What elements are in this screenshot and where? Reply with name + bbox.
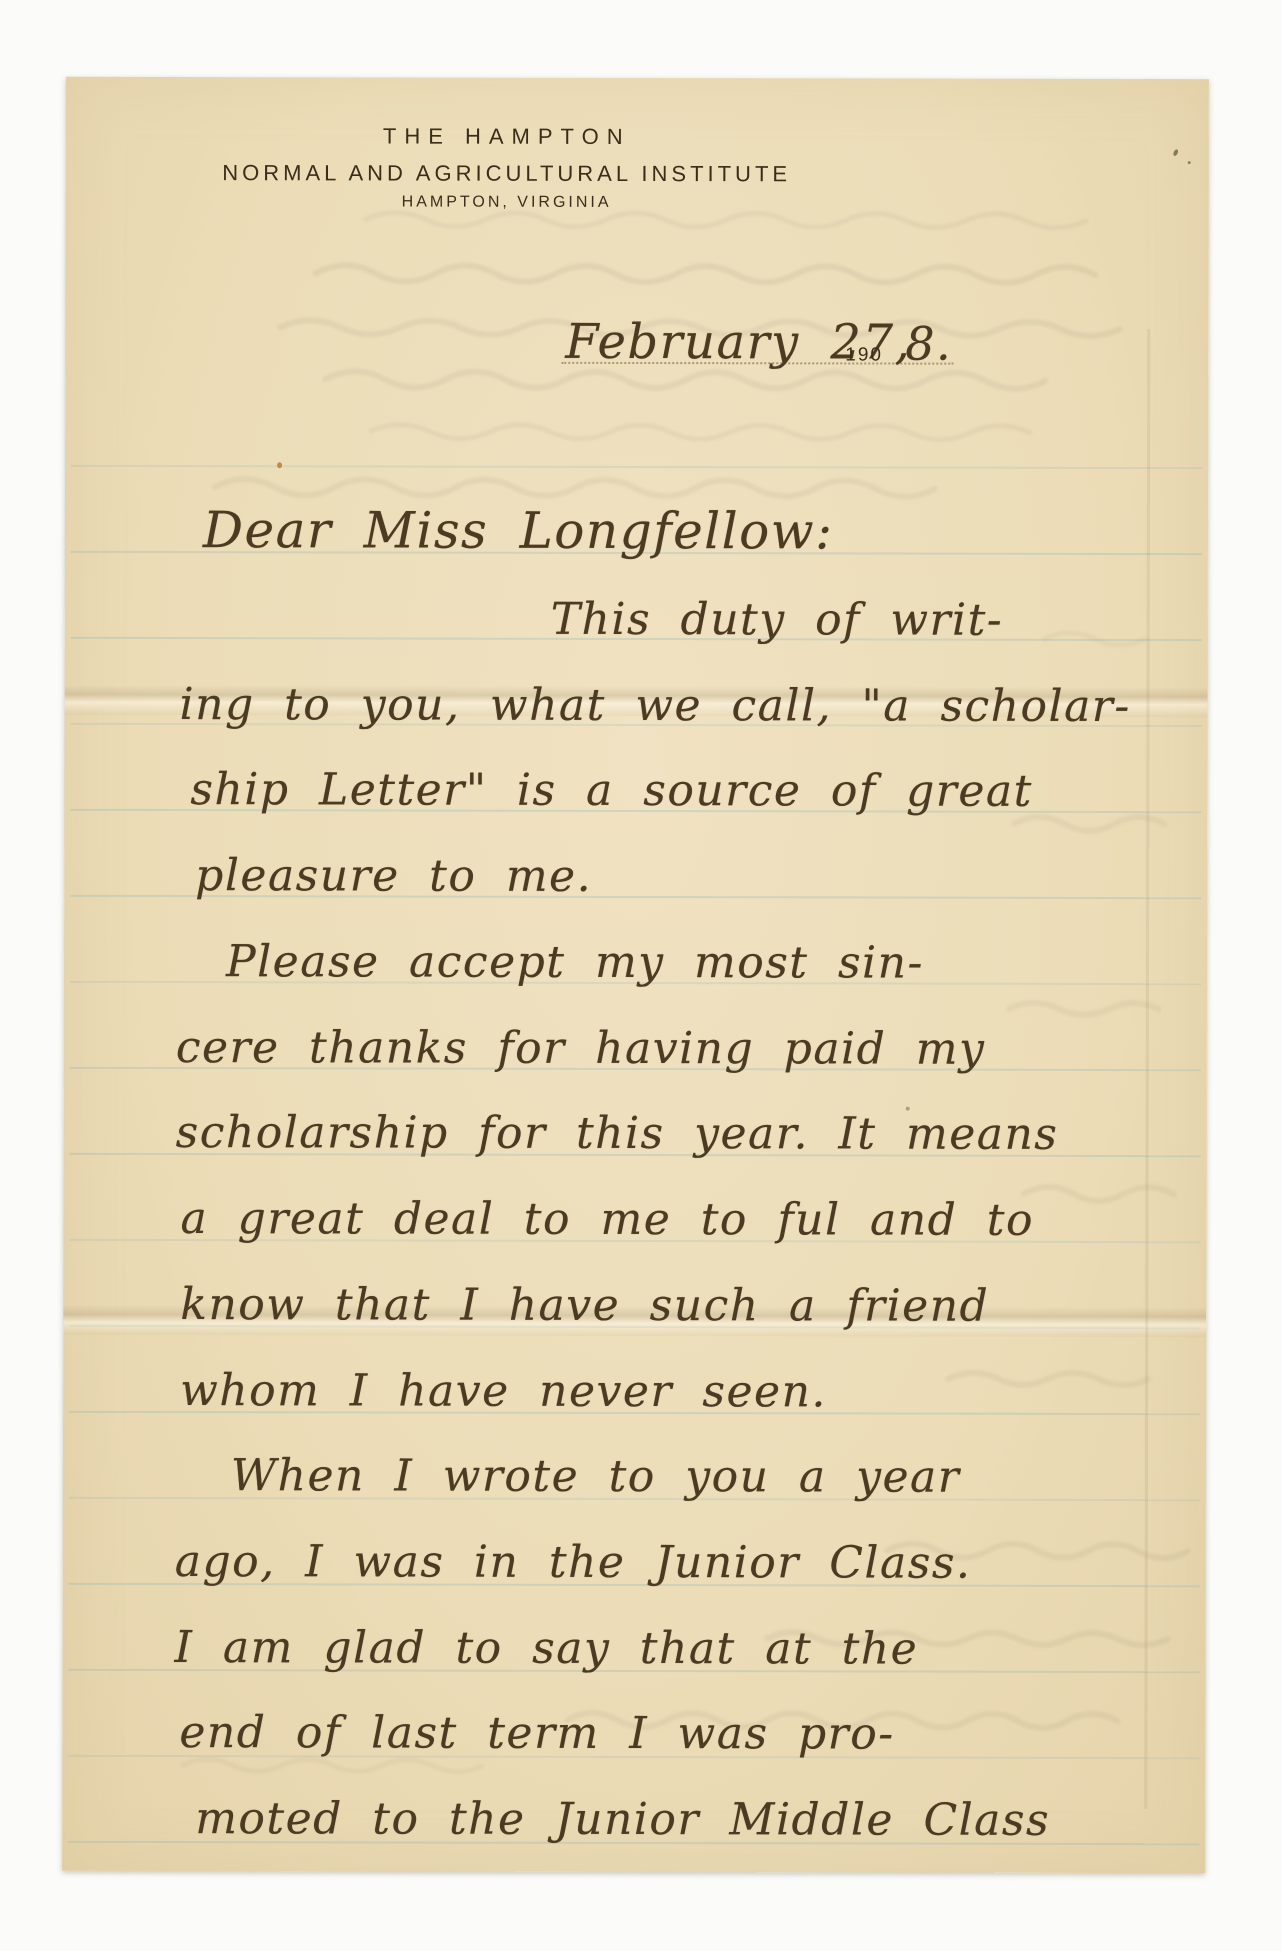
body-line: I am glad to say that at the [175, 1622, 919, 1675]
body-line: Please accept my most sin- [226, 936, 924, 988]
body-line: pleasure to me. [195, 850, 592, 902]
date-printed-year-prefix: 190 [845, 344, 883, 366]
body-line: a great deal to me to ful and to [180, 1193, 1034, 1246]
body-line: scholarship for this year. It means [176, 1107, 1059, 1160]
letter-paper: THE HAMPTON NORMAL AND AGRICULTURAL INST… [62, 77, 1209, 1873]
body-line: moted to the Junior Middle Class [195, 1793, 1050, 1846]
body-line: cere thanks for having paid my [176, 1022, 986, 1075]
date-handwritten-year-digit: 8. [905, 317, 952, 371]
dust-speck [1188, 161, 1191, 164]
letterhead-location: HAMPTON, VIRGINIA [66, 193, 948, 213]
scan-background: THE HAMPTON NORMAL AND AGRICULTURAL INST… [0, 0, 1282, 1951]
dust-speck [1172, 149, 1179, 157]
ruled-lines [66, 77, 1209, 79]
letterhead: THE HAMPTON NORMAL AND AGRICULTURAL INST… [66, 123, 948, 213]
letterhead-institution-line2: NORMAL AND AGRICULTURAL INSTITUTE [66, 160, 948, 188]
letterhead-institution-line1: THE HAMPTON [66, 123, 948, 151]
body-line: ing to you, what we call, "a scholar- [180, 679, 1131, 732]
body-line: end of last term I was pro- [179, 1707, 894, 1759]
ruled-line [71, 465, 1202, 469]
dust-speck [906, 1107, 910, 1111]
body-line: ago, I was in the Junior Class. [175, 1536, 972, 1589]
body-line: whom I have never seen. [180, 1365, 827, 1417]
dust-speck [277, 462, 282, 468]
body-line: ship Letter" is a source of great [190, 764, 1033, 817]
body-line: When I wrote to you a year [231, 1450, 961, 1503]
body-line: This duty of writ- [551, 594, 1004, 646]
body-line: know that I have such a friend [180, 1279, 989, 1332]
salutation: Dear Miss Longfellow: [203, 501, 834, 560]
